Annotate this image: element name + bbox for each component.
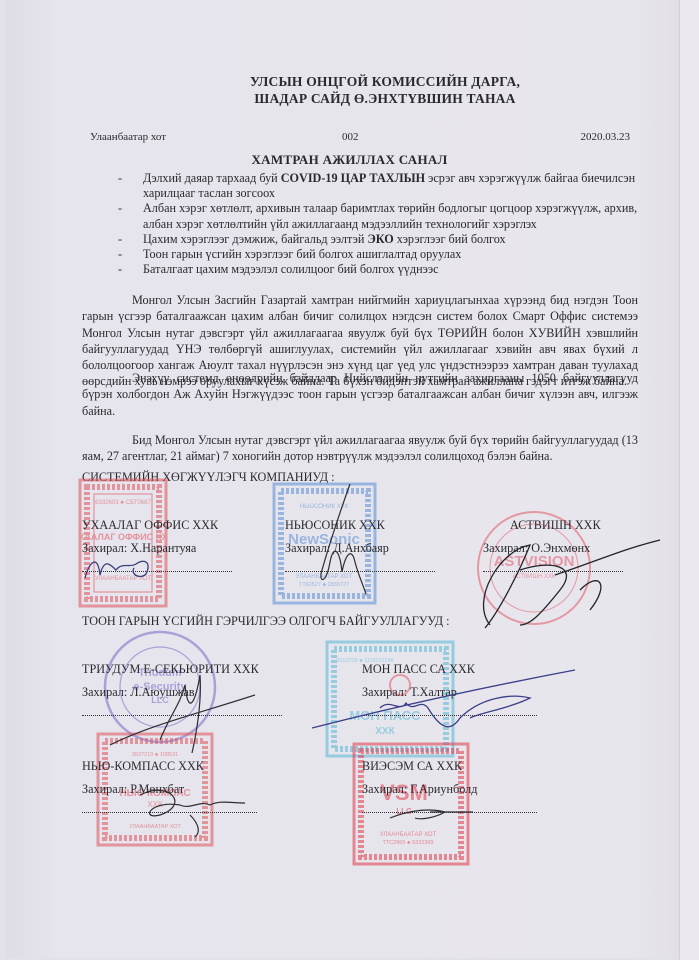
certifier-vsm: ВИЭСЭМ СА ХХК Захирал: Г.Ариунболд	[362, 759, 537, 813]
bullet-item: Тоон гарын үсгийн хэрэглээг бий болгох а…	[118, 247, 638, 262]
signature-line	[362, 811, 537, 813]
document-location: Улаанбаатар хот	[90, 131, 166, 143]
certifier-monpass: МОН ПАСС СА ХХК Захирал: Т.Халтар	[362, 662, 537, 716]
certifier-new-compass: НЬЮ-КОМПАСС ХХК Захирал: Р.Мөнхбат	[82, 759, 257, 813]
company-name: МОН ПАСС СА ХХК	[362, 662, 537, 677]
bullet-item: Баталгаат цахим мэдээлэл солилцоог бий б…	[118, 262, 638, 277]
document-date: 2020.03.23	[581, 131, 631, 143]
signature-line	[82, 811, 257, 813]
paragraph-2: Энэхүү системд өнөөдрийн байдлаар Нийслэ…	[82, 370, 638, 419]
bullet-item: Албан хэрэг хөтлөлт, архивын талаар бари…	[118, 201, 638, 231]
company-director: Захирал: Г.Ариунболд	[362, 782, 537, 797]
certifiers-heading: ТООН ГАРЫН ҮСГИЙН ГЭРЧИЛГЭЭ ОЛГОГЧ БАЙГУ…	[82, 614, 450, 629]
developer-newsonic: НЬЮСОНИК ХХК Захирал: Д.Анхбаяр	[285, 518, 435, 572]
signature-line	[285, 570, 435, 572]
company-name: НЬЮ-КОМПАСС ХХК	[82, 759, 257, 774]
company-name: НЬЮСОНИК ХХК	[285, 518, 435, 533]
developer-astvision: АСТВИШН ХХК Захирал: О.Энхмөнх	[483, 518, 623, 572]
addressee-line-1: УЛСЫН ОНЦГОЙ КОМИССИЙН ДАРГА,	[200, 73, 570, 90]
company-director: Захирал: Т.Халтар	[362, 685, 537, 700]
signature-line	[362, 714, 537, 716]
bullet-item: Цахим хэрэглээг дэмжиж, байгальд ээлтэй …	[118, 232, 638, 247]
addressee-line-2: ШАДАР САЙД Ө.ЭНХТҮВШИН ТАНАА	[200, 90, 570, 107]
company-name: ВИЭСЭМ СА ХХК	[362, 759, 537, 774]
proposal-bullets: Дэлхий даяар тархаад буй COVID-19 ЦАР ТА…	[118, 171, 638, 277]
signature-line	[82, 570, 232, 572]
company-name: УХААЛАГ ОФФИС ХХК	[82, 518, 232, 533]
signature-line	[82, 714, 282, 716]
company-director: Захирал: Л.Аюушжав	[82, 685, 282, 700]
company-director: Захирал: Р.Мөнхбат	[82, 782, 257, 797]
addressee-block: УЛСЫН ОНЦГОЙ КОМИССИЙН ДАРГА, ШАДАР САЙД…	[200, 73, 570, 107]
bullet-item: Дэлхий даяар тархаад буй COVID-19 ЦАР ТА…	[118, 171, 638, 201]
developer-ukhaalag-office: УХААЛАГ ОФФИС ХХК Захирал: Х.Нарантуяа	[82, 518, 232, 572]
document-number: 002	[342, 131, 359, 143]
page-edge	[679, 0, 699, 960]
company-name: ТРИУДУМ Е-СЕКЬЮРИТИ ХХК	[82, 662, 282, 677]
company-name: АСТВИШН ХХК	[483, 518, 623, 533]
company-director: Захирал: О.Энхмөнх	[483, 541, 623, 556]
signature-line	[483, 570, 623, 572]
company-director: Захирал: Д.Анхбаяр	[285, 541, 435, 556]
document-title: ХАМТРАН АЖИЛЛАХ САНАЛ	[0, 152, 699, 168]
paragraph-3: Бид Монгол Улсын нутаг дэвсгэрт үйл ажил…	[82, 432, 638, 465]
developers-heading: СИСТЕМИЙН ХӨГЖҮҮЛЭГЧ КОМПАНИУД :	[82, 470, 335, 485]
company-director: Захирал: Х.Нарантуяа	[82, 541, 232, 556]
certifier-triudum: ТРИУДУМ Е-СЕКЬЮРИТИ ХХК Захирал: Л.Аюушж…	[82, 662, 282, 716]
